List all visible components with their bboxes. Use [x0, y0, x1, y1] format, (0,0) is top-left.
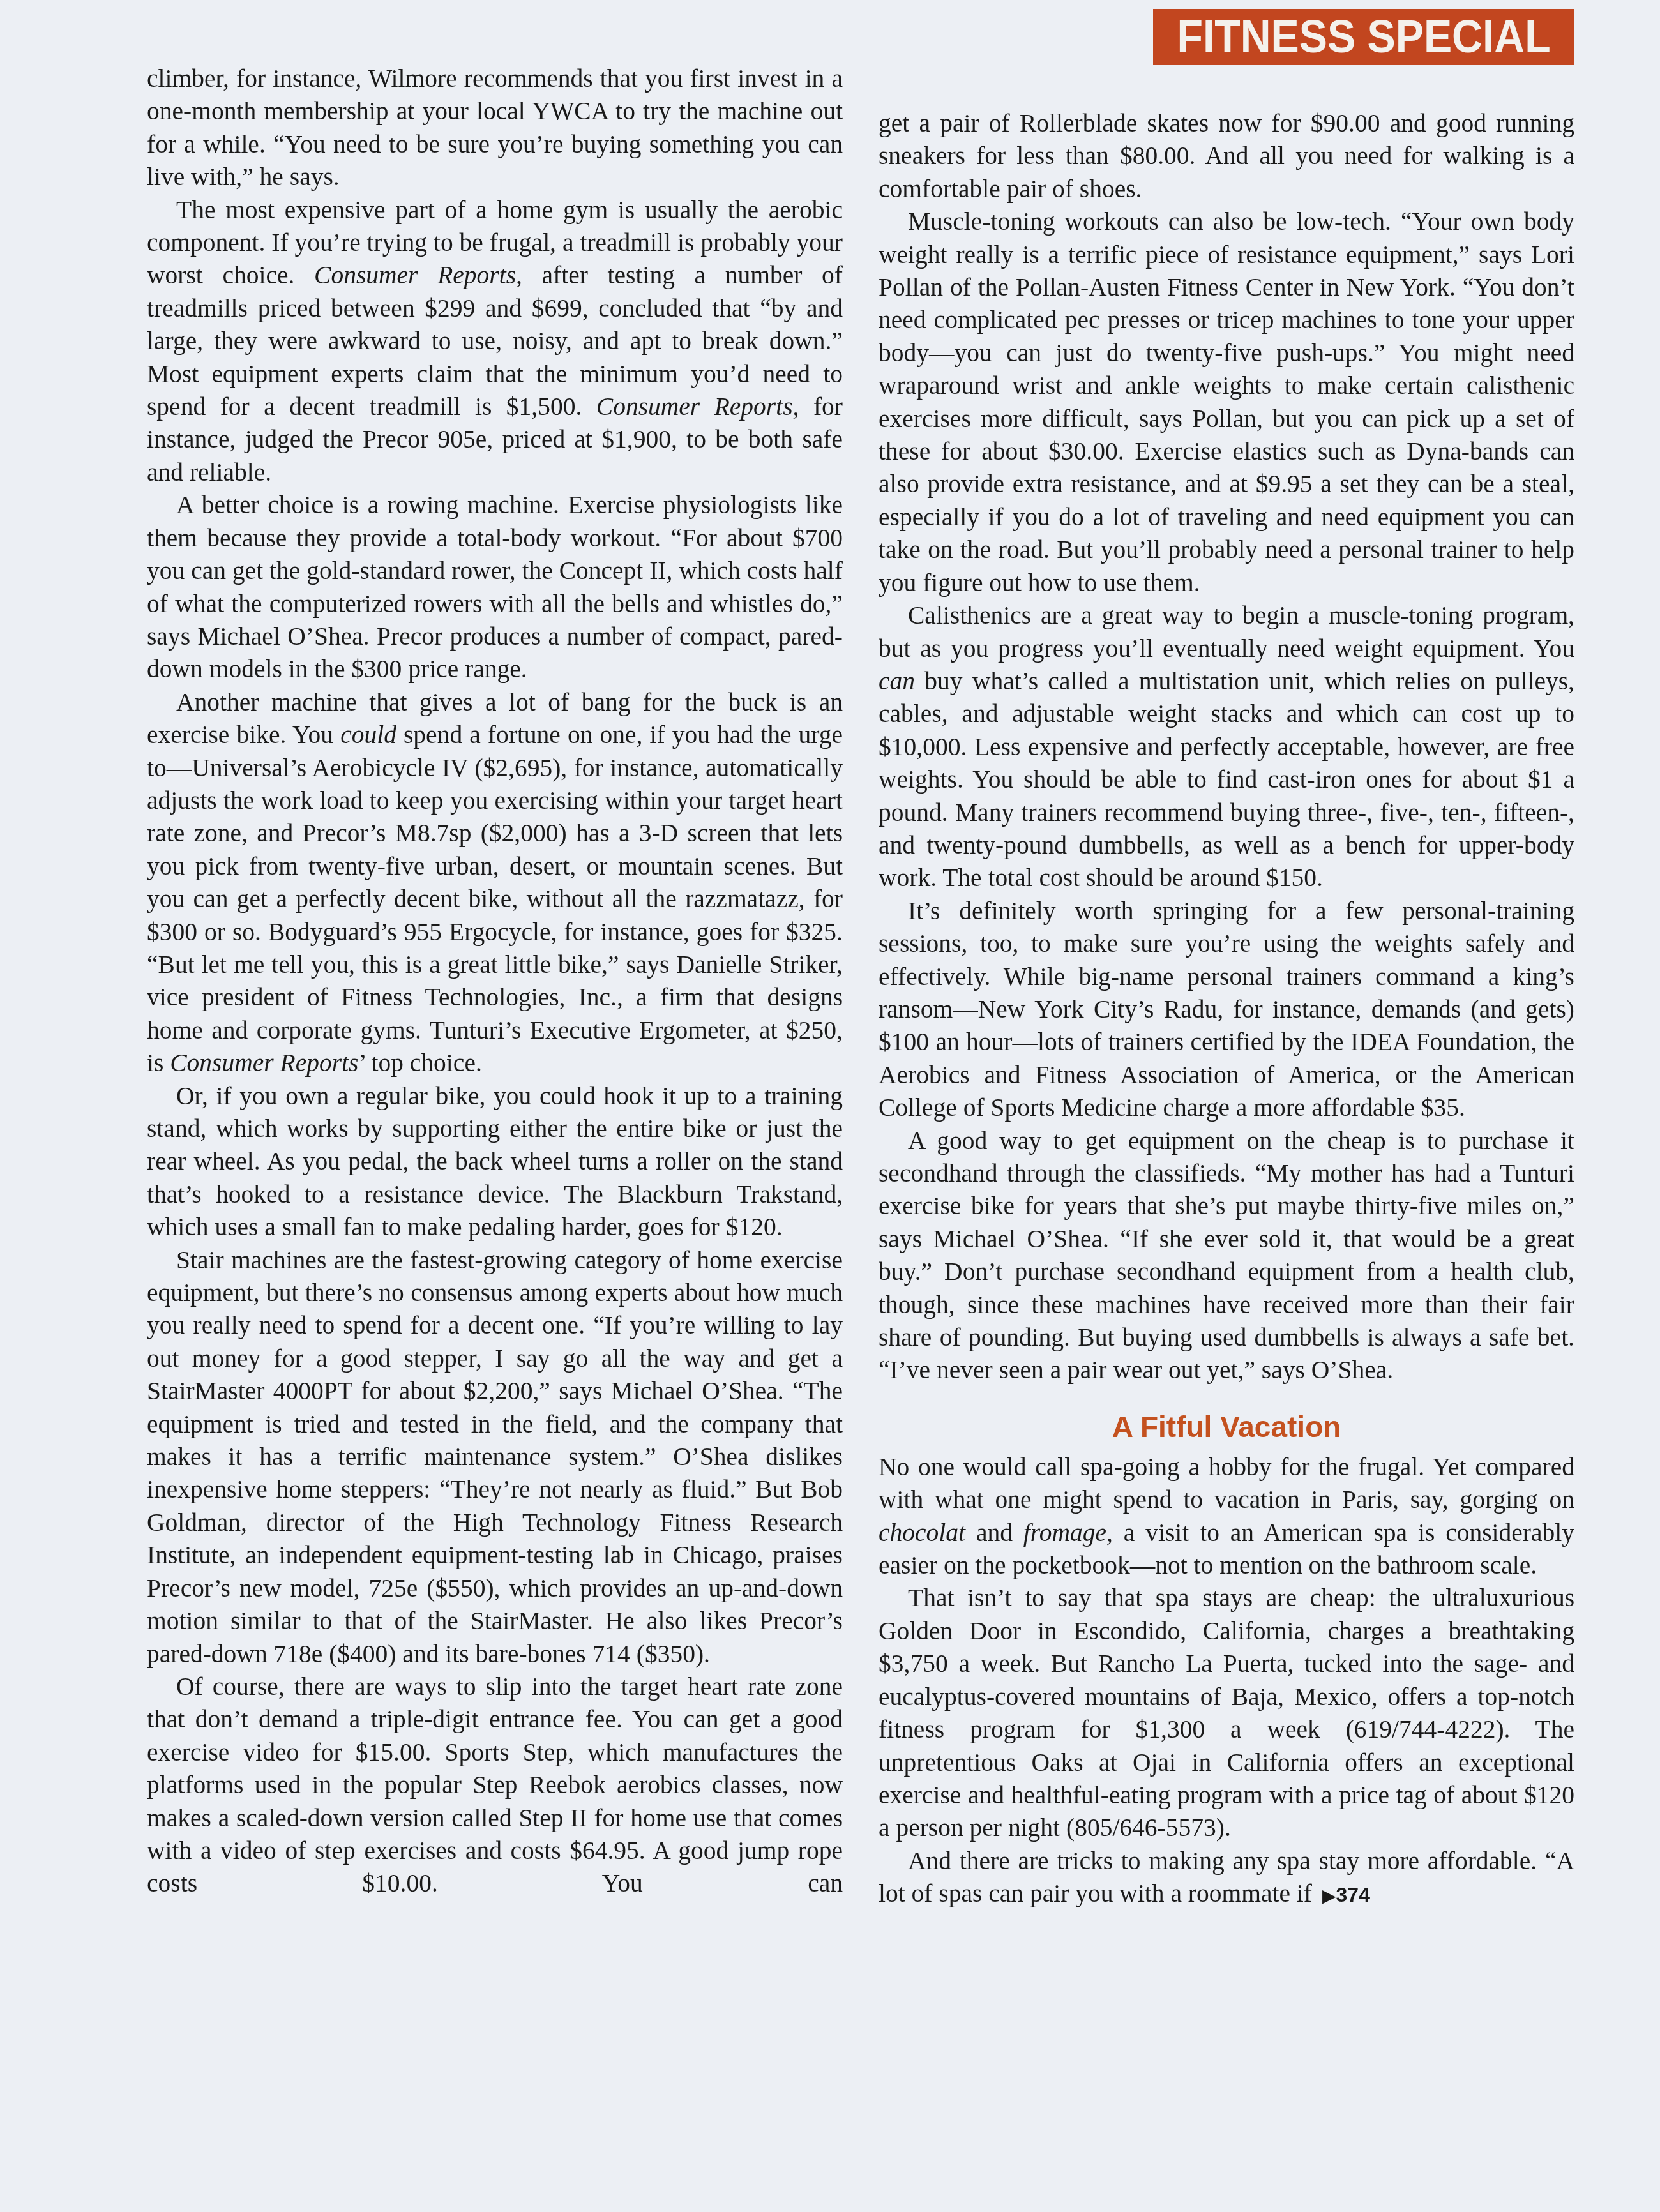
section-banner-label: FITNESS SPECIAL: [1177, 14, 1550, 60]
paragraph: Stair machines are the fastest-growing c…: [147, 1244, 843, 1671]
paragraph: get a pair of Rollerblade skates now for…: [879, 107, 1574, 206]
publication-title: Consumer Reports,: [596, 393, 799, 421]
publication-title: Consumer Reports,: [314, 261, 522, 289]
paragraph: Calisthenics are a great way to begin a …: [879, 599, 1574, 895]
section-subheading: A Fitful Vacation: [879, 1409, 1574, 1445]
paragraph: climber, for instance, Wilmore recommend…: [147, 63, 843, 194]
publication-title: Consumer Reports: [170, 1049, 358, 1077]
paragraph: A better choice is a rowing machine. Exe…: [147, 489, 843, 686]
section-banner: FITNESS SPECIAL: [1153, 9, 1574, 65]
paragraph: And there are tricks to making any spa s…: [879, 1845, 1574, 1913]
emphasis: could: [340, 721, 396, 749]
right-column: get a pair of Rollerblade skates now for…: [879, 107, 1574, 1913]
paragraph: Of course, there are ways to slip into t…: [147, 1671, 843, 1900]
paragraph: Another machine that gives a lot of bang…: [147, 686, 843, 1080]
paragraph: The most expensive part of a home gym is…: [147, 194, 843, 490]
emphasis: can: [879, 667, 915, 695]
paragraph: It’s definitely worth springing for a fe…: [879, 895, 1574, 1125]
paragraph: A good way to get equipment on the cheap…: [879, 1125, 1574, 1387]
paragraph: Muscle-toning workouts can also be low-t…: [879, 206, 1574, 599]
paragraph: Or, if you own a regular bike, you could…: [147, 1080, 843, 1244]
left-column: climber, for instance, Wilmore recommend…: [147, 63, 843, 1900]
paragraph: No one would call spa-going a hobby for …: [879, 1451, 1574, 1583]
continue-arrow-icon: ▶: [1322, 1886, 1336, 1906]
foreign-word: fromage,: [1023, 1519, 1113, 1547]
foreign-word: chocolat: [879, 1519, 965, 1547]
continued-page-number: 374: [1336, 1883, 1370, 1906]
paragraph: That isn’t to say that spa stays are che…: [879, 1582, 1574, 1844]
continued-on-page[interactable]: ▶374: [1322, 1883, 1370, 1906]
